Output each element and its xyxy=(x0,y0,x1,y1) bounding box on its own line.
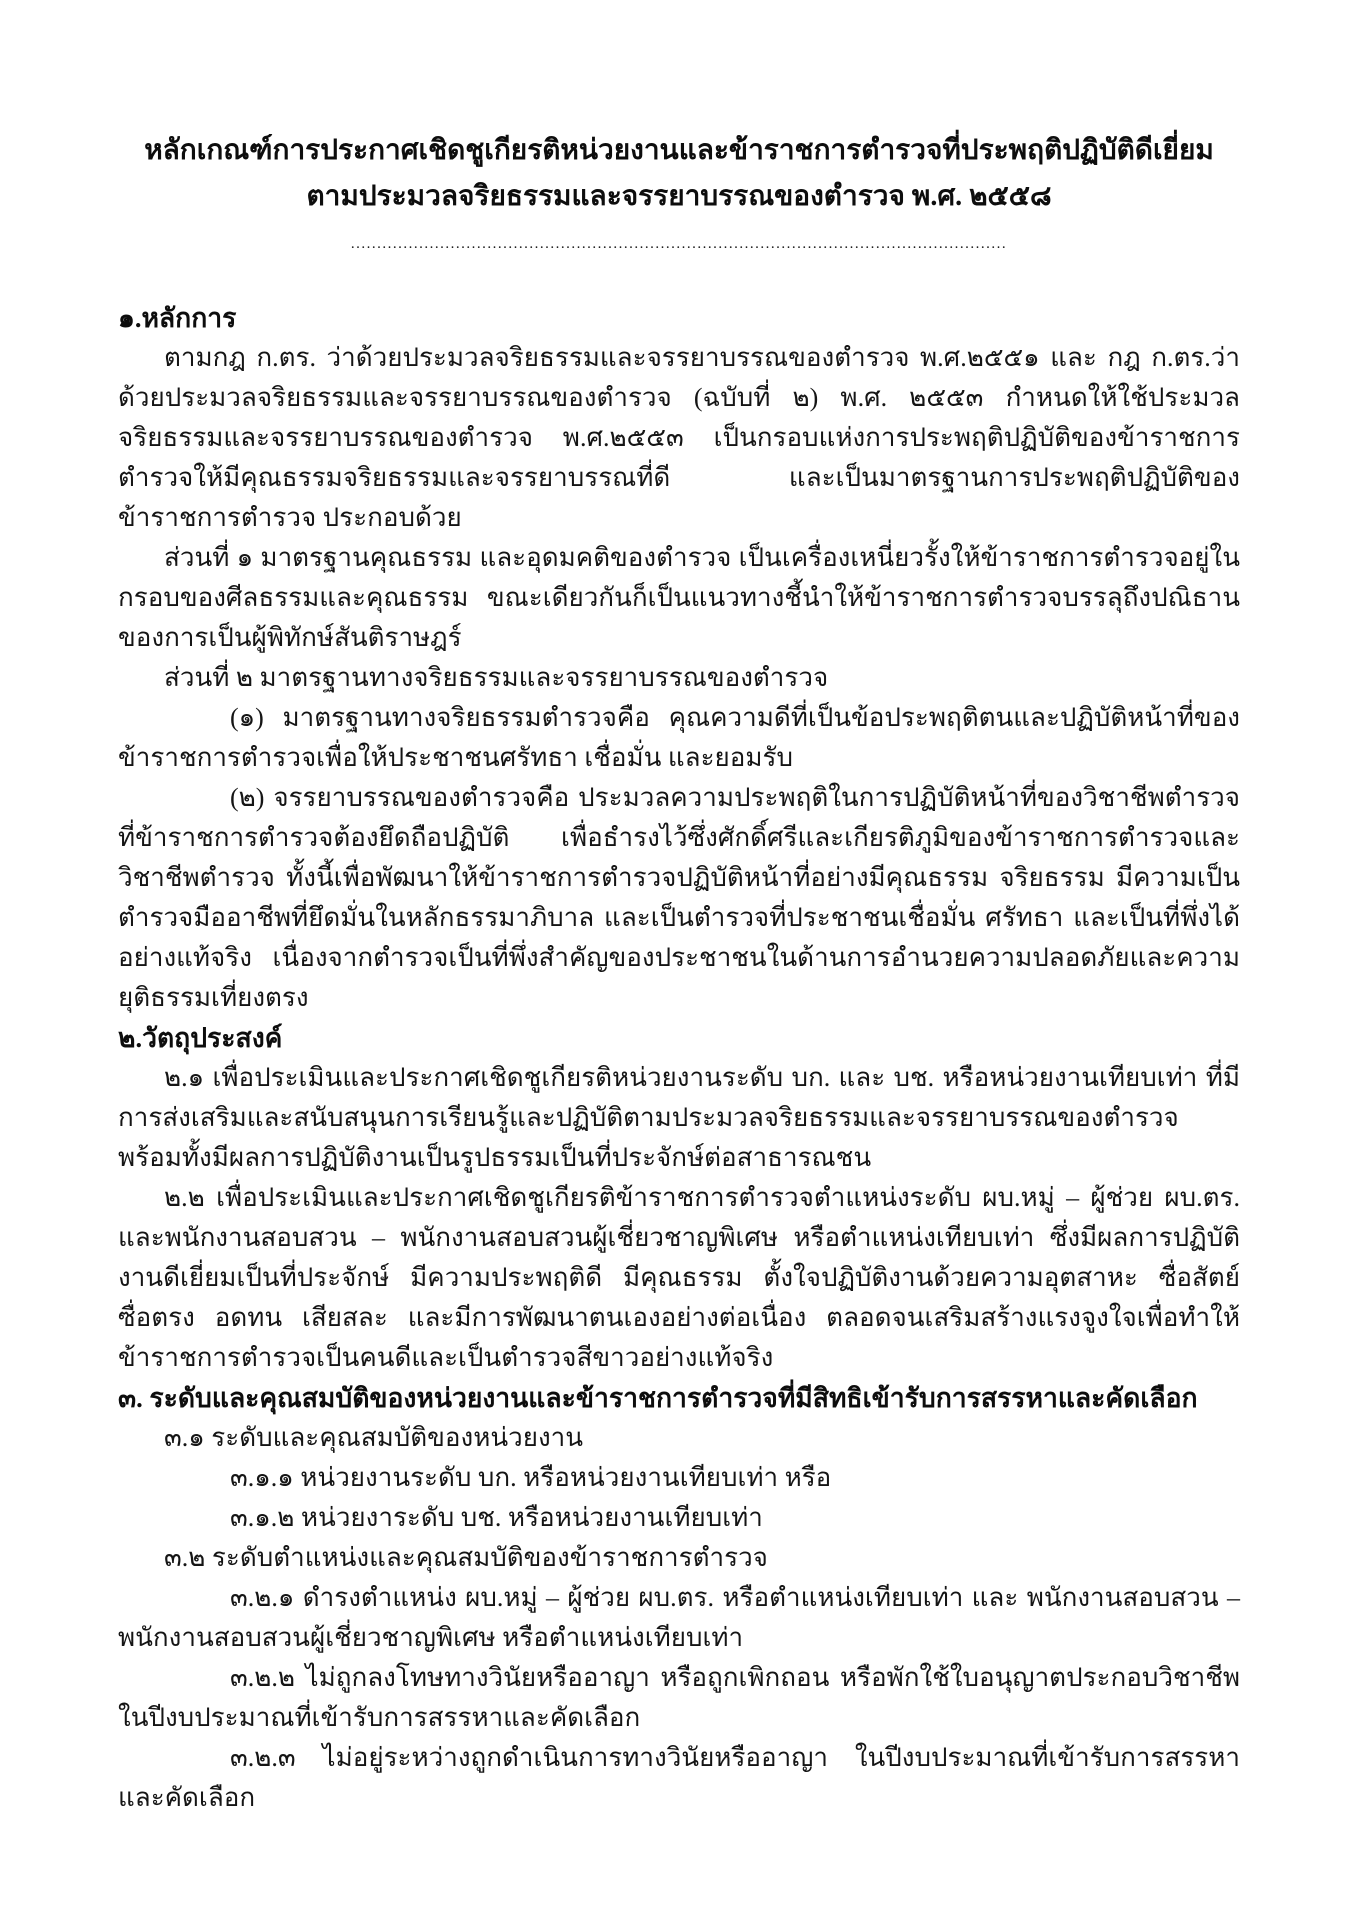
paragraph-part1: ส่วนที่ ๑ มาตรฐานคุณธรรม และอุดมคติของตำ… xyxy=(118,538,1240,658)
paragraph-3-1-1: ๓.๑.๑ หน่วยงานระดับ บก. หรือหน่วยงานเทีย… xyxy=(118,1458,1240,1498)
section-3-heading: ๓. ระดับและคุณสมบัติของหน่วยงานและข้าราช… xyxy=(118,1378,1240,1418)
paragraph-objective-2-1: ๒.๑ เพื่อประเมินและประกาศเชิดชูเกียรติหน… xyxy=(118,1058,1240,1178)
paragraph-3-2-1: ๓.๒.๑ ดำรงตำแหน่ง ผบ.หมู่ – ผู้ช่วย ผบ.ต… xyxy=(118,1578,1240,1658)
paragraph-objective-2-2: ๒.๒ เพื่อประเมินและประกาศเชิดชูเกียรติข้… xyxy=(118,1178,1240,1378)
paragraph-part2: ส่วนที่ ๒ มาตรฐานทางจริยธรรมและจรรยาบรรณ… xyxy=(118,658,1240,698)
paragraph-item-2: (๒) จรรยาบรรณของตำรวจคือ ประมวลความประพฤ… xyxy=(118,778,1240,1018)
dotted-divider: ........................................… xyxy=(118,234,1240,254)
paragraph-3-2: ๓.๒ ระดับตำแหน่งและคุณสมบัติของข้าราชการ… xyxy=(118,1538,1240,1578)
doc-title-line1: หลักเกณฑ์การประกาศเชิดชูเกียรติหน่วยงานแ… xyxy=(118,128,1240,174)
doc-title-line2: ตามประมวลจริยธรรมและจรรยาบรรณของตำรวจ พ.… xyxy=(118,174,1240,220)
document-header: หลักเกณฑ์การประกาศเชิดชูเกียรติหน่วยงานแ… xyxy=(118,128,1240,254)
document-page: หลักเกณฑ์การประกาศเชิดชูเกียรติหน่วยงานแ… xyxy=(0,0,1358,1920)
paragraph-3-2-3: ๓.๒.๓ ไม่อยู่ระหว่างถูกดำเนินการทางวินัย… xyxy=(118,1738,1240,1818)
document-body: ๑.หลักการ ตามกฎ ก.ตร. ว่าด้วยประมวลจริยธ… xyxy=(118,298,1240,1818)
paragraph-3-1-2: ๓.๑.๒ หน่วยงาระดับ บช. หรือหน่วยงานเทียบ… xyxy=(118,1498,1240,1538)
paragraph-principles-intro: ตามกฎ ก.ตร. ว่าด้วยประมวลจริยธรรมและจรรย… xyxy=(118,338,1240,538)
paragraph-3-2-2: ๓.๒.๒ ไม่ถูกลงโทษทางวินัยหรืออาญา หรือถู… xyxy=(118,1658,1240,1738)
section-2-heading: ๒.วัตถุประสงค์ xyxy=(118,1018,1240,1058)
section-1-heading: ๑.หลักการ xyxy=(118,298,1240,338)
paragraph-3-1: ๓.๑ ระดับและคุณสมบัติของหน่วยงาน xyxy=(118,1418,1240,1458)
paragraph-item-1: (๑) มาตรฐานทางจริยธรรมตำรวจคือ คุณความดี… xyxy=(118,698,1240,778)
